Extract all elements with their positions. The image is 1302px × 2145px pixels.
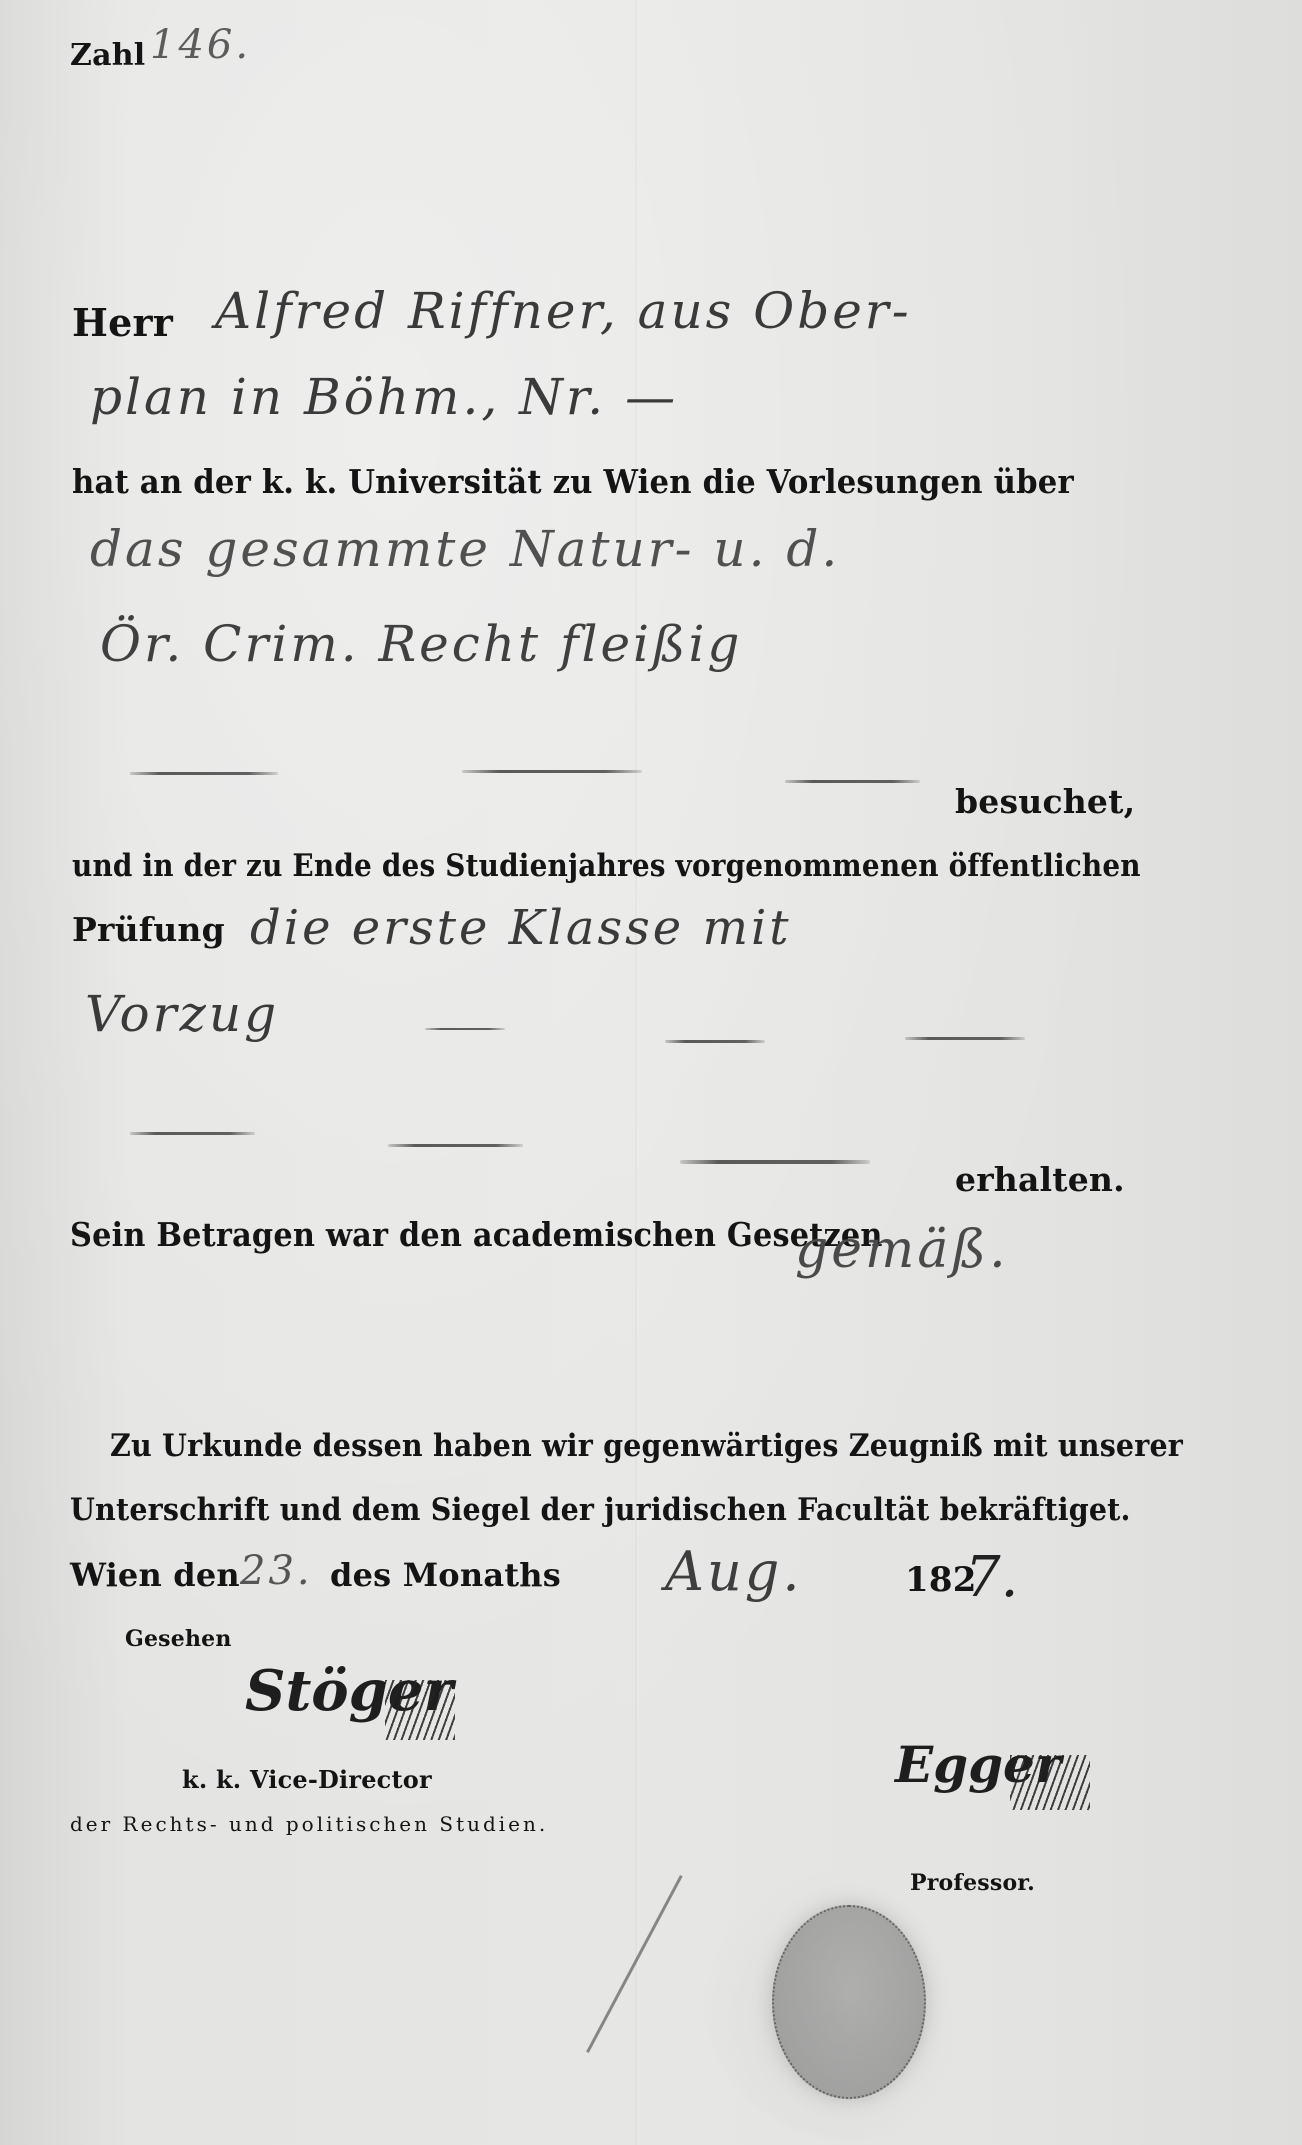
filler-dash <box>785 780 920 783</box>
date-day: 23. <box>240 1548 313 1594</box>
conduct-printed: Sein Betragen war den academischen Geset… <box>70 1215 883 1254</box>
pruefung-label: Prüfung <box>72 910 225 949</box>
herr-label: Herr <box>72 300 173 345</box>
date-year-handwritten: 7. <box>965 1545 1018 1610</box>
gesehen-label: Gesehen <box>125 1626 232 1652</box>
number-label: Zahl <box>70 38 145 73</box>
signature-flourish <box>385 1680 455 1740</box>
exam-printed-line: und in der zu Ende des Studienjahres vor… <box>72 848 1141 884</box>
attestation-line1: Zu Urkunde dessen haben wir gegenwärtige… <box>110 1428 1183 1464</box>
conduct-handwritten: gemäß. <box>795 1220 1009 1280</box>
signature-flourish <box>1010 1755 1090 1810</box>
professor-title: Professor. <box>910 1870 1035 1896</box>
lectures-printed: hat an der k. k. Universität zu Wien die… <box>72 462 1074 501</box>
filler-dash <box>425 1028 505 1030</box>
date-middle: des Monaths <box>330 1556 561 1594</box>
filler-dash <box>680 1160 870 1164</box>
number-value: 146. <box>150 22 251 68</box>
filler-dash <box>130 772 278 775</box>
erhalten-printed: erhalten. <box>955 1160 1125 1199</box>
date-prefix: Wien den <box>70 1556 240 1594</box>
exam-result-line1: die erste Klasse mit <box>250 900 792 956</box>
certificate-page: Zahl 146. Herr Alfred Riffner, aus Ober-… <box>0 0 1302 2145</box>
filler-dash <box>665 1040 765 1043</box>
date-month: Aug. <box>665 1540 803 1603</box>
filler-dash <box>388 1144 523 1147</box>
filler-dash <box>462 770 642 773</box>
filler-dash <box>130 1132 255 1135</box>
vice-director-title: k. k. Vice-Director <box>182 1765 432 1794</box>
besuchet-printed: besuchet, <box>955 782 1135 821</box>
faculty-seal <box>772 1905 926 2099</box>
attestation-line2: Unterschrift und dem Siegel der juridisc… <box>70 1492 1131 1528</box>
lectures-line2: Ör. Crim. Recht fleißig <box>100 615 742 673</box>
filler-dash <box>905 1037 1025 1040</box>
lectures-line1: das gesammte Natur- u. d. <box>90 520 840 578</box>
exam-result-line2: Vorzug <box>85 985 279 1043</box>
student-name-line1: Alfred Riffner, aus Ober- <box>215 282 912 340</box>
student-origin-line2: plan in Böhm., Nr. — <box>90 368 678 426</box>
vice-director-subtitle: der Rechts- und politischen Studien. <box>70 1812 548 1836</box>
